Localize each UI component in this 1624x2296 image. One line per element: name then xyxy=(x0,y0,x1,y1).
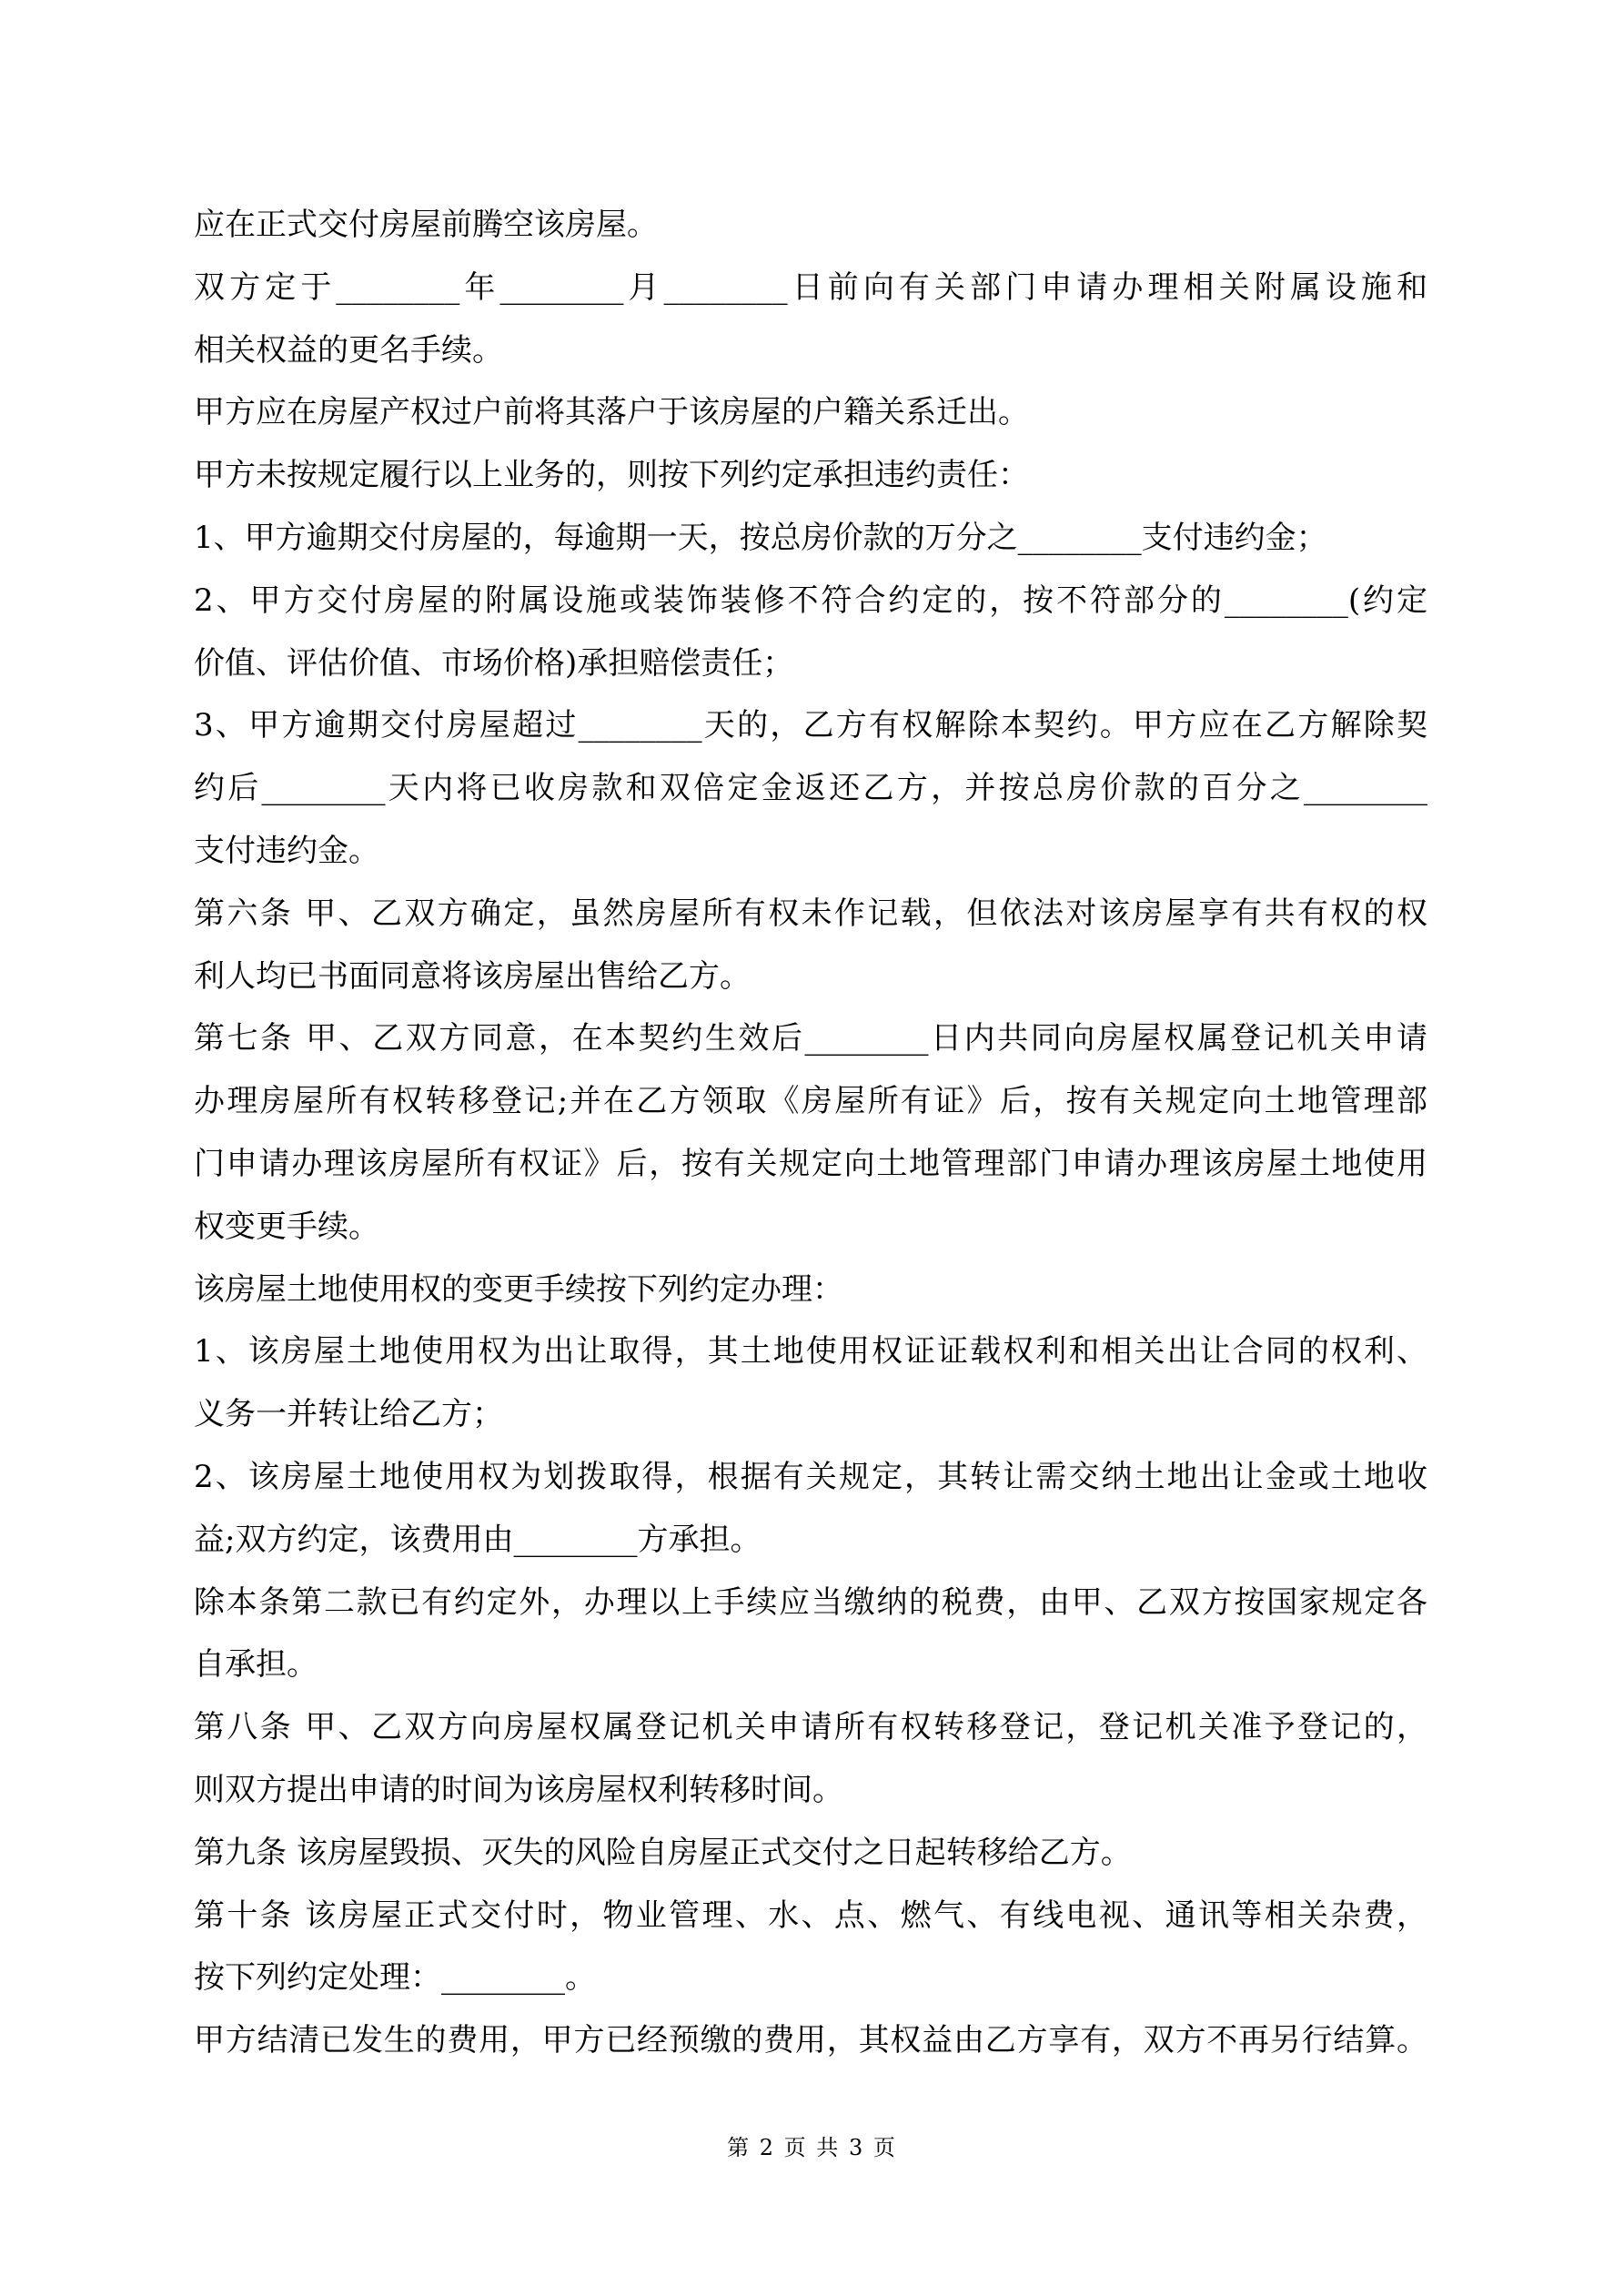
document-line: 利人均已书面同意将该房屋出售给乙方。 xyxy=(194,946,1427,1008)
document-line: 3、甲方逾期交付房屋超过________天的，乙方有权解除本契约。甲方应在乙方解… xyxy=(194,694,1427,757)
document-line: 则双方提出申请的时间为该房屋权利转移时间。 xyxy=(194,1759,1427,1822)
document-line: 益;双方约定，该费用由________方承担。 xyxy=(194,1509,1427,1572)
document-line: 义务一并转让给乙方； xyxy=(194,1383,1427,1446)
document-line: 自承担。 xyxy=(194,1633,1427,1696)
document-line: 甲方结清已发生的费用，甲方已经预缴的费用，其权益由乙方享有，双方不再另行结算。 xyxy=(194,2009,1427,2072)
document-line: 甲方未按规定履行以上业务的，则按下列约定承担违约责任： xyxy=(194,444,1427,507)
document-line: 应在正式交付房屋前腾空该房屋。 xyxy=(194,194,1427,257)
document-line: 2、甲方交付房屋的附属设施或装饰装修不符合约定的，按不符部分的________(… xyxy=(194,570,1427,632)
document-line: 按下列约定处理：________。 xyxy=(194,1947,1427,2009)
page-footer: 第 2 页 共 3 页 xyxy=(0,2129,1624,2166)
document-line: 第六条 甲、乙双方确定，虽然房屋所有权未作记载，但依法对该房屋享有共有权的权 xyxy=(194,883,1427,946)
document-line: 2、该房屋土地使用权为划拨取得，根据有关规定，其转让需交纳土地出让金或土地收 xyxy=(194,1446,1427,1509)
document-line: 第七条 甲、乙双方同意，在本契约生效后________日内共同向房屋权属登记机关… xyxy=(194,1007,1427,1070)
document-line: 甲方应在房屋产权过户前将其落户于该房屋的户籍关系迁出。 xyxy=(194,381,1427,444)
document-line: 第八条 甲、乙双方向房屋权属登记机关申请所有权转移登记，登记机关准予登记的， xyxy=(194,1696,1427,1759)
document-line: 相关权益的更名手续。 xyxy=(194,319,1427,382)
document-line: 第九条 该房屋毁损、灭失的风险自房屋正式交付之日起转移给乙方。 xyxy=(194,1822,1427,1885)
document-line: 权变更手续。 xyxy=(194,1196,1427,1259)
document-line: 双方定于________年________月________日前向有关部门申请办… xyxy=(194,257,1427,319)
document-line: 价值、评估价值、市场价格)承担赔偿责任； xyxy=(194,632,1427,695)
document-line: 除本条第二款已有约定外，办理以上手续应当缴纳的税费，由甲、乙双方按国家规定各 xyxy=(194,1572,1427,1634)
document-line: 支付违约金。 xyxy=(194,820,1427,883)
document-line: 约后________天内将已收房款和双倍定金返还乙方，并按总房价款的百分之___… xyxy=(194,757,1427,820)
document-line: 1、甲方逾期交付房屋的，每逾期一天，按总房价款的万分之________支付违约金… xyxy=(194,507,1427,570)
document-line: 第十条 该房屋正式交付时，物业管理、水、点、燃气、有线电视、通讯等相关杂费， xyxy=(194,1885,1427,1947)
document-line: 门申请办理该房屋所有权证》后，按有关规定向土地管理部门申请办理该房屋土地使用 xyxy=(194,1133,1427,1196)
document-line: 1、该房屋土地使用权为出让取得，其土地使用权证证载权利和相关出让合同的权利、 xyxy=(194,1320,1427,1383)
document-body: 应在正式交付房屋前腾空该房屋。双方定于________年________月___… xyxy=(194,194,1427,2072)
document-page: 应在正式交付房屋前腾空该房屋。双方定于________年________月___… xyxy=(0,0,1624,2296)
document-line: 办理房屋所有权转移登记;并在乙方领取《房屋所有证》后，按有关规定向土地管理部 xyxy=(194,1070,1427,1133)
document-line: 该房屋土地使用权的变更手续按下列约定办理： xyxy=(194,1259,1427,1321)
